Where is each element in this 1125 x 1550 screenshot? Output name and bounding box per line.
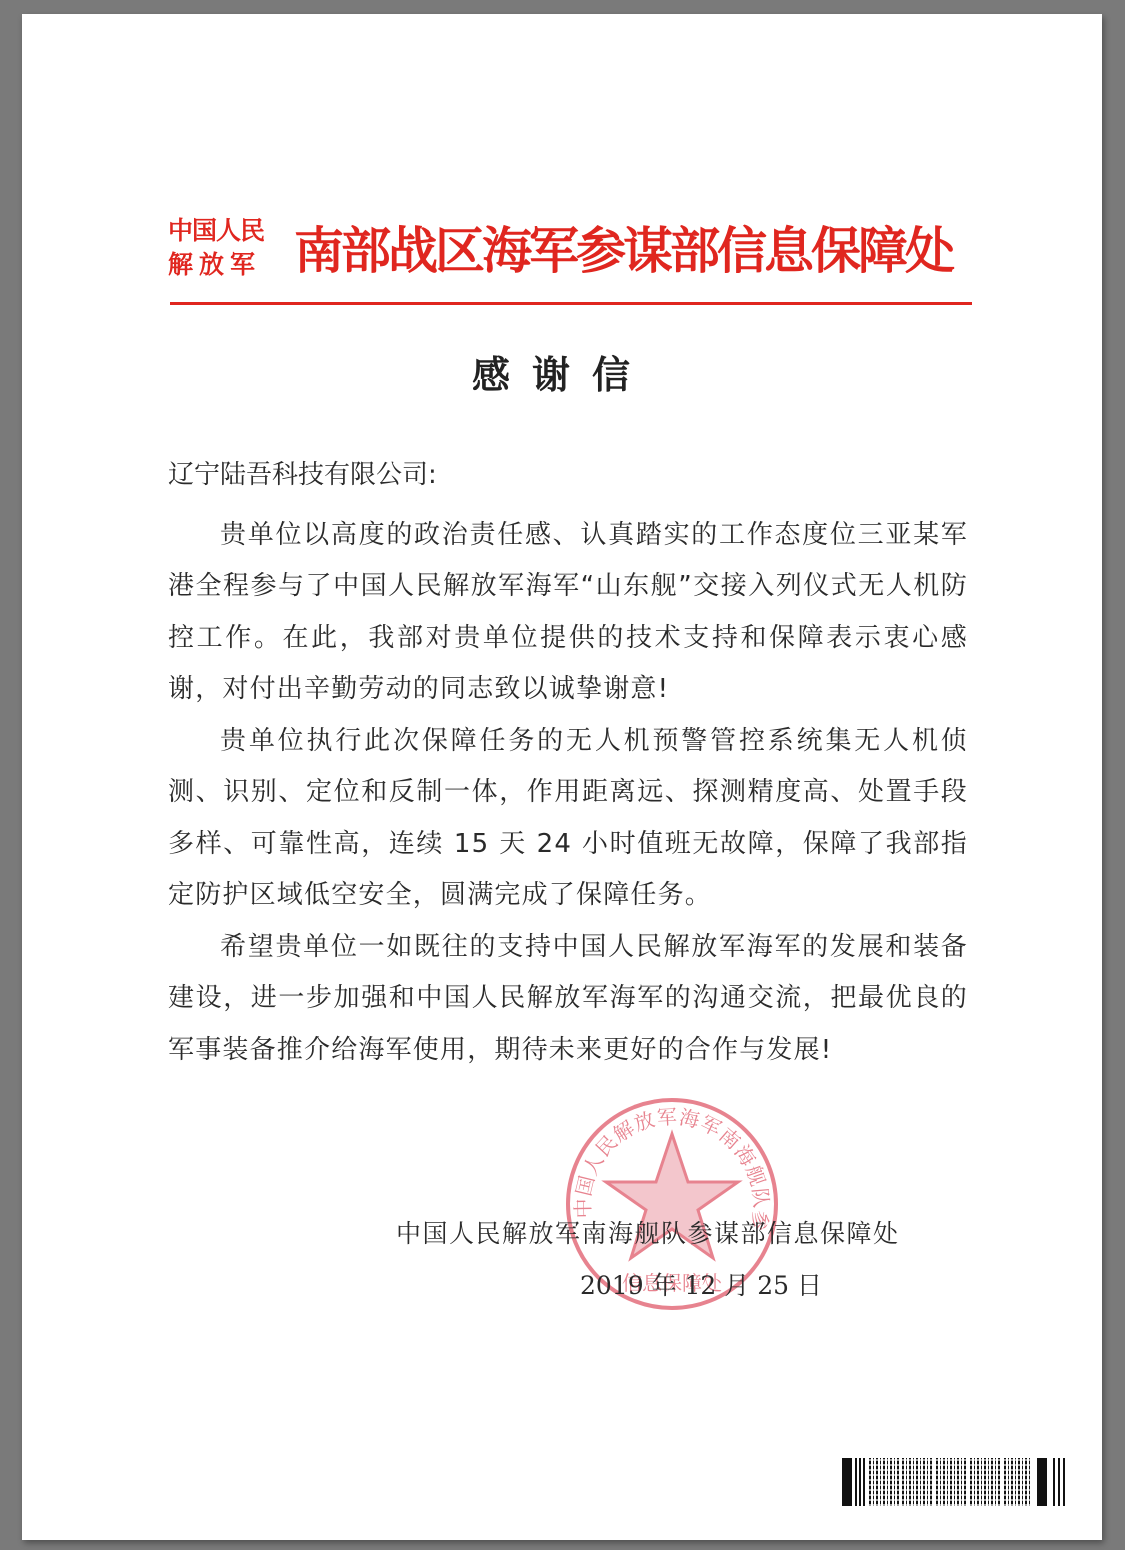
document-page: 中国人民 解放军 南部战区海军参谋部信息保障处 感谢信 辽宁陆吾科技有限公司: … [22,14,1102,1540]
letter-body: 辽宁陆吾科技有限公司: 贵单位以高度的政治责任感、认真踏实的工作态度位三亚某军港… [168,450,968,1076]
letterhead-org-line2: 解放军 [168,248,288,282]
letterhead-org-small: 中国人民 解放军 [168,214,288,282]
barcode-icon [842,1458,1078,1506]
paragraph: 希望贵单位一如既往的支持中国人民解放军海军的发展和装备建设，进一步加强和中国人民… [168,922,968,1077]
signature: 中国人民解放军南海舰队参谋部信息保障处 [396,1214,900,1250]
document-title: 感谢信 [22,344,1102,399]
signature-date: 2019 年 12 月 25 日 [580,1266,822,1302]
letterhead-org-line1: 中国人民 [168,214,288,248]
letterhead-title: 南部战区海军参谋部信息保障处 [294,218,952,284]
paragraph: 贵单位以高度的政治责任感、认真踏实的工作态度位三亚某军港全程参与了中国人民解放军… [168,510,968,716]
letterhead-divider [170,302,972,305]
salutation: 辽宁陆吾科技有限公司: [168,450,968,502]
paragraph: 贵单位执行此次保障任务的无人机预警管控系统集无人机侦测、识别、定位和反制一体，作… [168,716,968,922]
